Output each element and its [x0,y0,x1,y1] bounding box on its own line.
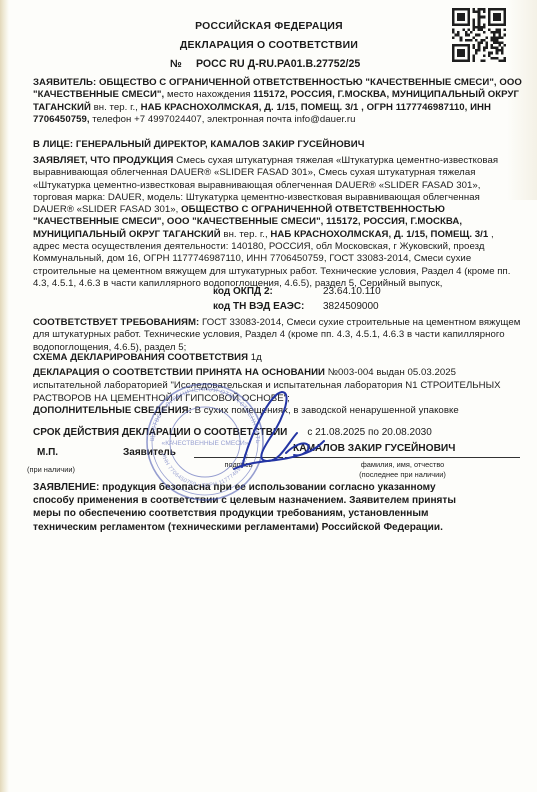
validity-value: с 21.08.2025 по 20.08.2030 [307,427,431,438]
okpd-code-row: код ОКПД 2: 23.64.10.110 [213,286,381,297]
page-title: ДЕКЛАРАЦИЯ О СООТВЕТСТВИИ [33,40,505,51]
okpd-code-value: 23.64.10.110 [323,286,381,297]
scheme-line: СХЕМА ДЕКЛАРИРОВАНИЯ СООТВЕТСТВИЯ 1д [33,352,522,364]
validity-row: СРОК ДЕЙСТВИЯ ДЕКЛАРАЦИИ О СООТВЕТСТВИИ … [33,427,522,438]
name-caption-2: (последнее при наличии) [285,470,520,479]
signature-caption: подпись [194,460,283,469]
name-caption-1: фамилия, имя, отчество [285,460,520,469]
declaration-number: РОСС RU Д-RU.РА01.B.27752/25 [196,58,360,70]
qr-code-icon [452,8,506,62]
conformity-paragraph: СООТВЕТСТВУЕТ ТРЕБОВАНИЯМ: ГОСТ 33083-20… [33,317,522,354]
signatory-name: КАМАЛОВ ЗАКИР ГУСЕЙНОВИЧ [293,443,455,454]
declaration-number-sign: № [170,58,182,70]
statement-paragraph: ЗАЯВЛЕНИЕ: продукция безопасна при ее ис… [33,481,465,534]
okpd-code-label: код ОКПД 2: [213,286,323,297]
applicant-paragraph: ЗАЯВИТЕЛЬ: ОБЩЕСТВО С ОГРАНИЧЕННОЙ ОТВЕТ… [33,77,522,126]
tnved-code-label: код ТН ВЭД ЕАЭС: [213,301,323,312]
stamp-center-text: «КАЧЕСТВЕННЫЕ СМЕСИ» [162,440,249,447]
scan-edge-artifact [0,0,9,792]
person-line: В ЛИЦЕ: ГЕНЕРАЛЬНЫЙ ДИРЕКТОР, КАМАЛОВ ЗА… [33,139,522,151]
signatory-role-label: Заявитель [123,447,176,458]
stamp-place-label: М.П. [37,447,58,458]
document-country: РОССИЙСКАЯ ФЕДЕРАЦИЯ [33,21,505,32]
additional-info-line: ДОПОЛНИТЕЛЬНЫЕ СВЕДЕНИЯ: В сухих помещен… [33,405,522,417]
validity-label: СРОК ДЕЙСТВИЯ ДЕКЛАРАЦИИ О СООТВЕТСТВИИ [33,427,287,438]
stamp-place-note: (при наличии) [27,465,75,474]
product-paragraph: ЗАЯВЛЯЕТ, ЧТО ПРОДУКЦИЯ Смесь сухая штук… [33,155,522,290]
signature-underline [194,457,283,458]
basis-paragraph: ДЕКЛАРАЦИЯ О СООТВЕТСТВИИ ПРИНЯТА НА ОСН… [33,366,522,405]
tnved-code-value: 3824509000 [323,301,379,312]
name-underline [285,457,520,458]
tnved-code-row: код ТН ВЭД ЕАЭС: 3824509000 [213,301,379,312]
